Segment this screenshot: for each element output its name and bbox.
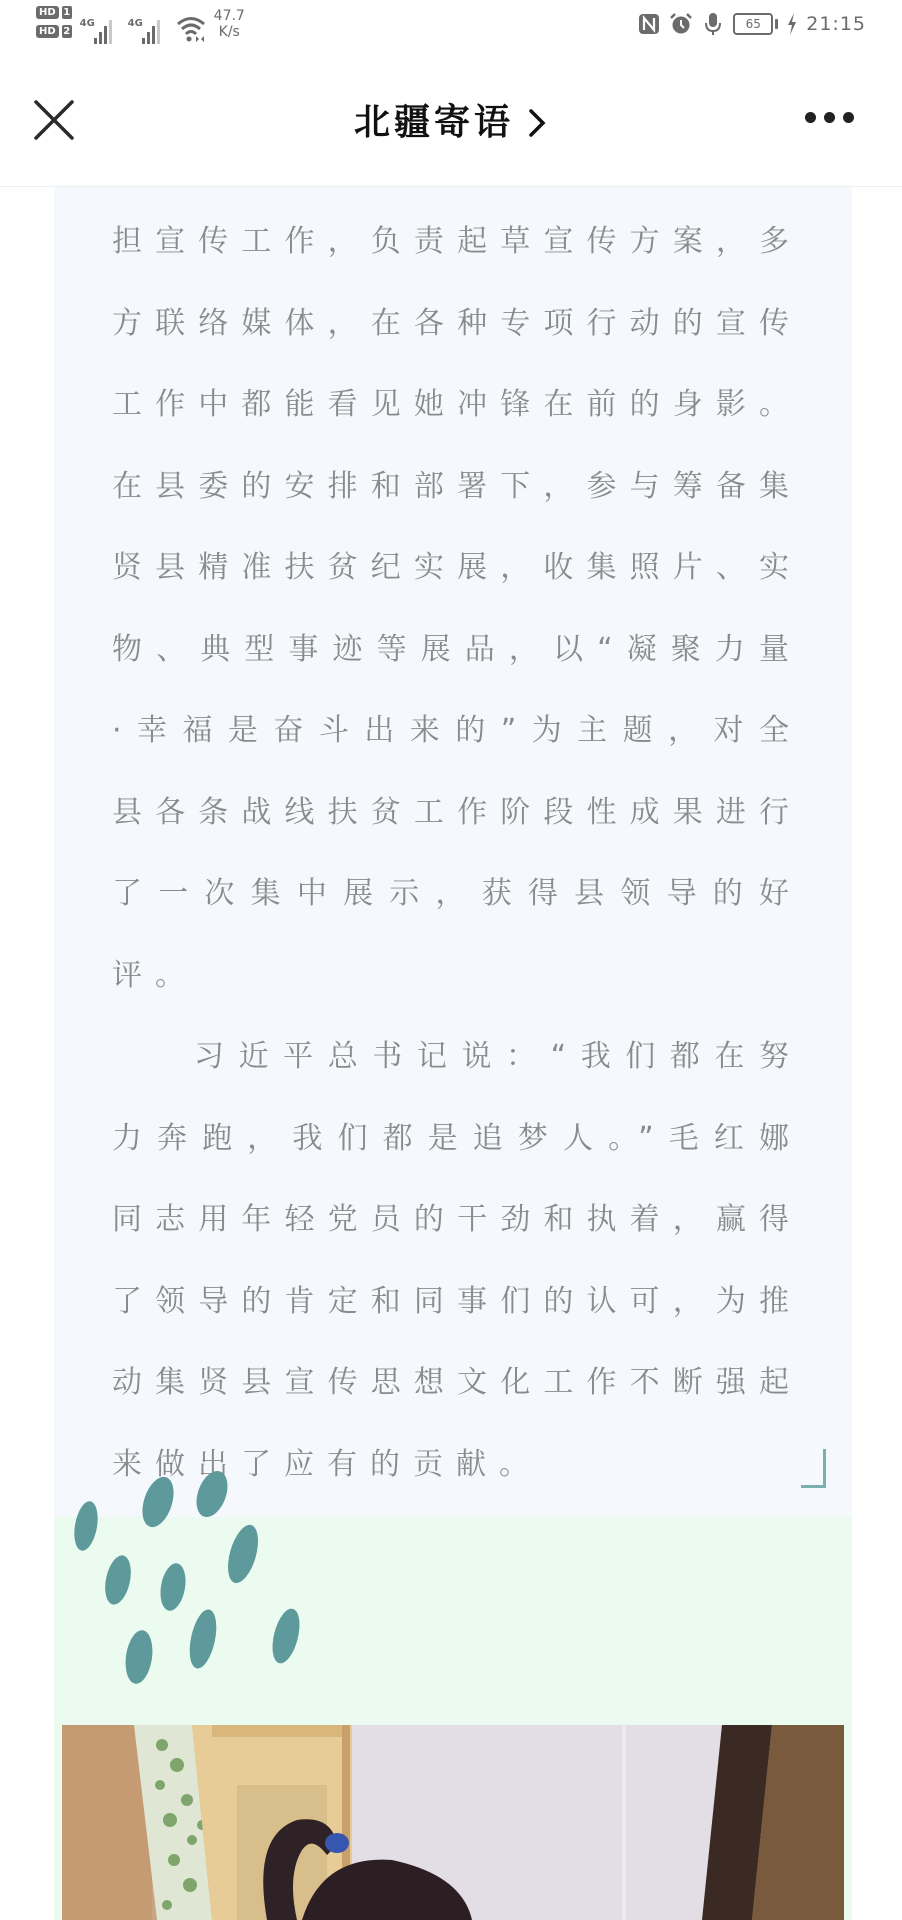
battery-icon: 65: [733, 13, 773, 35]
teal-drops-decoration: [60, 1457, 320, 1697]
article-text-card: 担宣传工作，负责起草宣传方案，多方联络媒体，在各种专项行动的宣传工作中都能看见她…: [54, 187, 852, 1517]
wifi-icon: [176, 14, 206, 42]
net-speed-value: 47.7: [214, 8, 245, 24]
battery-tip: [775, 19, 778, 29]
network-type: 4G: [128, 18, 143, 29]
more-icon[interactable]: [805, 112, 854, 123]
sim-indicators: HD 1 HD 2: [36, 6, 72, 38]
paragraph-2: 习近平总书记说：“我们都在努力奔跑，我们都是追梦人。”毛红娜同志用年轻党员的干劲…: [112, 1016, 802, 1505]
sim1-badge: HD 1: [36, 6, 72, 19]
status-bar-left: HD 1 HD 2 4G 4G 47.7 K/s: [36, 6, 245, 44]
alarm-icon: [669, 12, 693, 36]
sim2-number: 2: [62, 25, 72, 38]
hd-icon: HD: [36, 6, 59, 19]
article-content: 担宣传工作，负责起草宣传方案，多方联络媒体，在各种专项行动的宣传工作中都能看见她…: [0, 187, 902, 1920]
nfc-icon: [637, 12, 661, 36]
charging-icon: [786, 12, 798, 36]
hd-icon: HD: [36, 25, 59, 38]
network-speed: 47.7 K/s: [214, 8, 245, 40]
nav-bar: 北疆寄语: [0, 56, 902, 187]
page-title: 北疆寄语: [354, 94, 514, 145]
sim1-number: 1: [62, 6, 72, 19]
paragraph-1: 担宣传工作，负责起草宣传方案，多方联络媒体，在各种专项行动的宣传工作中都能看见她…: [112, 201, 802, 1016]
corner-bracket-decoration: [801, 1449, 826, 1488]
microphone-icon: [701, 12, 725, 36]
signal-icon-sim1: 4G: [80, 10, 120, 44]
status-bar-right: 65 21:15: [637, 12, 866, 36]
network-type: 4G: [80, 18, 95, 29]
status-bar: HD 1 HD 2 4G 4G 47.7 K/s: [0, 0, 902, 56]
account-title-link[interactable]: 北疆寄语: [0, 94, 902, 145]
net-speed-unit: K/s: [214, 24, 245, 40]
chevron-right-icon: [526, 108, 548, 138]
clock: 21:15: [806, 13, 866, 35]
photo-woman-ponytail: [62, 1725, 844, 1920]
signal-icon-sim2: 4G: [128, 10, 168, 44]
sim2-badge: HD 2: [36, 25, 72, 38]
article-body: 担宣传工作，负责起草宣传方案，多方联络媒体，在各种专项行动的宣传工作中都能看见她…: [112, 201, 802, 1505]
